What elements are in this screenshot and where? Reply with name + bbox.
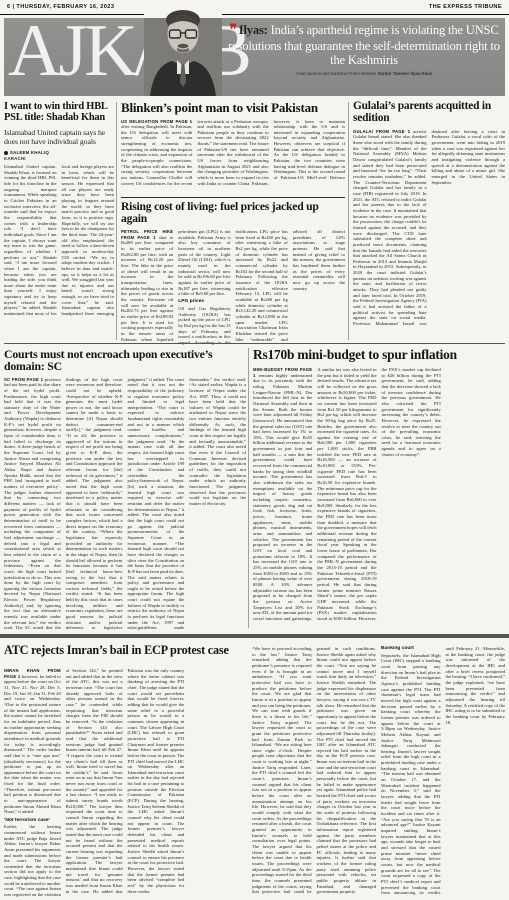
article-gulalai: Gulalai’s parents acquitted in sedition … bbox=[353, 101, 505, 339]
article-fuel-subhead-lpg: LPG prices bbox=[178, 299, 230, 305]
article-atc-text-3: “We have to proceed according to the law… bbox=[252, 646, 376, 894]
article-atc-subhead-banking: Banking court bbox=[381, 646, 441, 652]
section-divider bbox=[4, 343, 505, 344]
quote-speaker: Ilyas: bbox=[239, 23, 268, 37]
article-atc-left: IMRAN KHAN FROM PAGE 1 however, he faile… bbox=[4, 668, 246, 898]
attribution-title: Azad Jammu and Kashmir Prime Minister bbox=[296, 71, 378, 76]
article-shadab-headline: I want to win third HBL PSL title: Shada… bbox=[4, 102, 114, 124]
article-atc-text-4: Separately, the Islamabad High Court (IH… bbox=[381, 646, 505, 895]
article-budget-text: remains highly undertained due to its pr… bbox=[253, 367, 441, 621]
article-shadab-body: Islamabad United captain, Shadab Khan, i… bbox=[4, 164, 114, 322]
quote-attribution: Azad Jammu and Kashmir Prime Minister Sa… bbox=[228, 71, 500, 76]
article-blinken-body: US DELEGATION FROM PAGE 1 after visiting… bbox=[121, 119, 345, 191]
pm-portrait-illustration bbox=[144, 4, 222, 96]
article-blinken-kicker: US DELEGATION FROM PAGE 1 bbox=[121, 119, 192, 124]
article-mini-budget: Rs170b mini-budget to spur inflation MIN… bbox=[253, 348, 505, 630]
article-atc-body-left: IMRAN KHAN FROM PAGE 1 however, he faile… bbox=[4, 668, 246, 898]
article-shadab-standfirst: Islamabad United captain says he does no… bbox=[4, 128, 114, 146]
quote-text-line: ❞Ilyas: India’s apartheid regime is viol… bbox=[228, 23, 500, 68]
article-gulalai-headline: Gulalai’s parents acquitted in sedition bbox=[353, 101, 505, 125]
section-divider bbox=[121, 197, 345, 198]
byline-author: SALEEM KHALIQ bbox=[10, 150, 49, 155]
article-sc-kicker: SC FROM PAGE 1 bbox=[4, 377, 43, 382]
article-budget-body: MINI-BUDGET FROM PAGE 1 remains highly u… bbox=[253, 367, 505, 625]
article-blinken-text: after visiting Bangladesh. In Pakistan, … bbox=[121, 119, 345, 186]
article-atc-right: “We have to proceed according to the law… bbox=[252, 646, 505, 898]
article-sc-text: province had not been paid its due share… bbox=[4, 377, 246, 631]
article-shadab: I want to win third HBL PSL title: Shada… bbox=[4, 102, 114, 342]
byline-city: KARACHI bbox=[4, 156, 114, 161]
pm-photo bbox=[144, 4, 222, 96]
article-atc-text-1: however, he failed to appear before the … bbox=[4, 674, 61, 815]
column-rule bbox=[116, 102, 117, 340]
article-gulalai-body: GULALAI FROM PAGE 1 activist Gulalai Ism… bbox=[353, 129, 505, 329]
article-sc-body: SC FROM PAGE 1 province had not been pai… bbox=[4, 377, 246, 637]
article-blinken: Blinken’s point man to visit Pakistan US… bbox=[121, 101, 345, 195]
column-rule bbox=[248, 348, 249, 628]
article-budget-headline: Rs170b mini-budget to spur inflation bbox=[253, 348, 505, 362]
article-atc-subhead-terrorism: ‘Not terrorism case’ bbox=[4, 818, 61, 824]
section-masthead: AJK/GB ❞Ilyas: India’s apa bbox=[4, 18, 505, 96]
article-supreme-court: Courts must not encroach upon executive’… bbox=[4, 348, 246, 630]
section-thick-divider bbox=[0, 634, 509, 638]
page-folio-bar: 6 | THURSDAY, FEBRUARY 16, 2023 THE EXPR… bbox=[0, 0, 509, 15]
article-shadab-byline: SALEEM KHALIQ KARACHI bbox=[4, 150, 114, 161]
folio-date: 6 | THURSDAY, FEBRUARY 16, 2023 bbox=[7, 4, 114, 14]
masthead-quote: ❞Ilyas: India’s apartheid regime is viol… bbox=[228, 23, 500, 76]
article-gulalai-text: activist Gulalai Ismail stated. She also… bbox=[353, 129, 505, 326]
article-blinken-headline: Blinken’s point man to visit Pakistan bbox=[121, 101, 345, 115]
paper-name: THE EXPRESS TRIBUNE bbox=[429, 4, 502, 14]
attribution-name: Sardar Tanveer Ilyas Khan bbox=[378, 71, 433, 76]
article-fuel-body: PETROL PRICE HIKE FROM PAGE 1 shot to Rs… bbox=[121, 229, 345, 347]
article-atc-body-right: “We have to proceed according to the law… bbox=[252, 646, 505, 898]
column-rule bbox=[348, 102, 349, 340]
article-fuel-headline: Rising cost of living: fuel prices jacke… bbox=[121, 201, 345, 225]
quote-text: India’s apartheid regime is violating th… bbox=[228, 23, 500, 67]
article-sc-headline: Courts must not encroach upon executive’… bbox=[4, 348, 246, 373]
byline-author-icon bbox=[4, 151, 8, 155]
article-gulalai-kicker: GULALAI FROM PAGE 1 bbox=[353, 129, 410, 134]
quote-icon: ❞ bbox=[229, 23, 236, 38]
article-fuel-prices: Rising cost of living: fuel prices jacke… bbox=[121, 201, 345, 341]
